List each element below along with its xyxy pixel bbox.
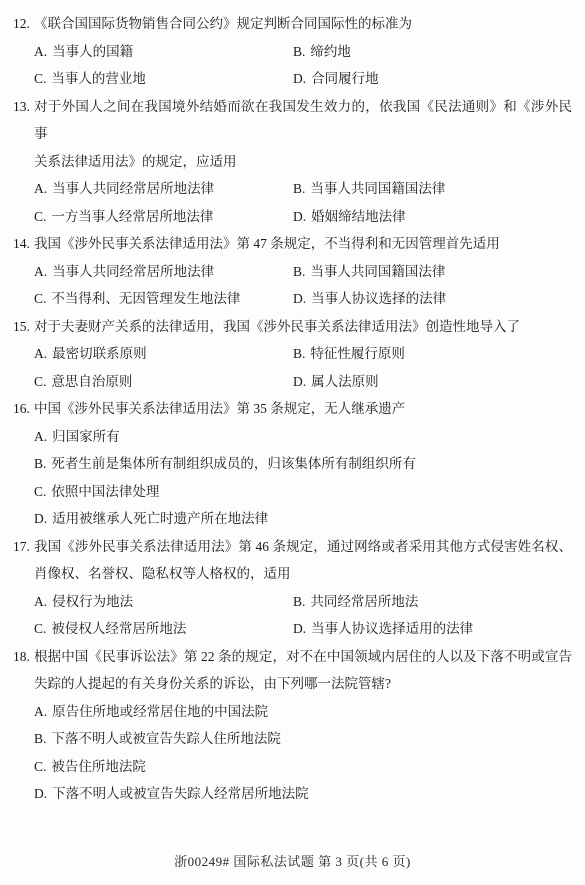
- option-label: C.: [34, 71, 46, 86]
- option-label: B.: [34, 731, 46, 746]
- option-label: A.: [34, 181, 47, 196]
- option-text: 当事人共同国籍国法律: [310, 264, 445, 279]
- question-number: 12.: [13, 10, 30, 38]
- option-label: A.: [34, 429, 47, 444]
- page-footer: 浙00249# 国际私法试题 第 3 页(共 6 页): [0, 851, 585, 870]
- option-label: D.: [293, 621, 306, 636]
- question-text: 根据中国《民事诉讼法》第 22 条的规定，对不在中国领域内居住的人以及下落不明或…: [34, 643, 572, 671]
- option-b: B.当事人共同国籍国法律: [293, 175, 572, 203]
- question-14: 14. 我国《涉外民事关系法律适用法》第 47 条规定，不当得利和无因管理首先适…: [13, 230, 572, 313]
- option-label: B.: [293, 264, 305, 279]
- option-a: A.侵权行为地法: [34, 588, 293, 616]
- option-a: A.归国家所有: [34, 423, 572, 451]
- option-text: 归国家所有: [52, 429, 120, 444]
- question-text: 《联合国国际货物销售合同公约》规定判断合同国际性的标准为: [34, 10, 572, 38]
- option-text: 依照中国法律处理: [51, 484, 159, 499]
- option-text: 当事人共同经常居所地法律: [52, 181, 214, 196]
- question-number: 18.: [13, 643, 30, 671]
- question-number: 15.: [13, 313, 30, 341]
- option-b: B.下落不明人或被宣告失踪人住所地法院: [34, 725, 572, 753]
- option-text: 当事人协议选择适用的法律: [311, 621, 473, 636]
- option-text: 共同经常居所地法: [310, 594, 418, 609]
- option-text: 特征性履行原则: [310, 346, 405, 361]
- option-c: C.一方当事人经常居所地法律: [34, 203, 293, 231]
- question-text: 我国《涉外民事关系法律适用法》第 47 条规定，不当得利和无因管理首先适用: [34, 230, 572, 258]
- question-12: 12. 《联合国国际货物销售合同公约》规定判断合同国际性的标准为 A.当事人的国…: [13, 10, 572, 93]
- options: A.当事人的国籍 B.缔约地 C.当事人的营业地 D.合同履行地: [34, 38, 572, 93]
- option-label: B.: [34, 456, 46, 471]
- option-text: 一方当事人经常居所地法律: [51, 209, 213, 224]
- option-label: B.: [293, 181, 305, 196]
- option-label: A.: [34, 44, 47, 59]
- option-text: 下落不明人或被宣告失踪人住所地法院: [51, 731, 281, 746]
- option-b: B.当事人共同国籍国法律: [293, 258, 572, 286]
- option-text: 当事人共同国籍国法律: [310, 181, 445, 196]
- option-label: C.: [34, 374, 46, 389]
- option-c: C.被告住所地法院: [34, 753, 572, 781]
- option-text: 不当得利、无因管理发生地法律: [51, 291, 240, 306]
- options: A.归国家所有 B.死者生前是集体所有制组织成员的，归该集体所有制组织所有 C.…: [34, 423, 572, 533]
- option-a: A.最密切联系原则: [34, 340, 293, 368]
- option-c: C.意思自治原则: [34, 368, 293, 396]
- option-c: C.被侵权人经常居所地法: [34, 615, 293, 643]
- exam-page: 12. 《联合国国际货物销售合同公约》规定判断合同国际性的标准为 A.当事人的国…: [0, 0, 585, 885]
- option-text: 合同履行地: [311, 71, 379, 86]
- option-b: B.死者生前是集体所有制组织成员的，归该集体所有制组织所有: [34, 450, 572, 478]
- question-text: 我国《涉外民事关系法律适用法》第 46 条规定，通过网络或者采用其他方式侵害姓名…: [34, 533, 572, 561]
- option-a: A.当事人共同经常居所地法律: [34, 175, 293, 203]
- option-text: 属人法原则: [311, 374, 379, 389]
- question-text: 中国《涉外民事关系法律适用法》第 35 条规定，无人继承遗产: [34, 395, 572, 423]
- option-a: A.当事人共同经常居所地法律: [34, 258, 293, 286]
- option-a: A.当事人的国籍: [34, 38, 293, 66]
- option-b: B.共同经常居所地法: [293, 588, 572, 616]
- option-label: C.: [34, 759, 46, 774]
- option-label: D.: [293, 374, 306, 389]
- option-text: 被侵权人经常居所地法: [51, 621, 186, 636]
- option-label: A.: [34, 704, 47, 719]
- option-text: 原告住所地或经常居住地的中国法院: [52, 704, 268, 719]
- option-label: C.: [34, 209, 46, 224]
- option-text: 当事人的国籍: [52, 44, 133, 59]
- options: A.侵权行为地法 B.共同经常居所地法 C.被侵权人经常居所地法 D.当事人协议…: [34, 588, 572, 643]
- option-c: C.依照中国法律处理: [34, 478, 572, 506]
- option-b: B.特征性履行原则: [293, 340, 572, 368]
- option-label: D.: [34, 786, 47, 801]
- option-d: D.当事人协议选择适用的法律: [293, 615, 572, 643]
- option-label: D.: [293, 291, 306, 306]
- option-c: C.不当得利、无因管理发生地法律: [34, 285, 293, 313]
- question-text: 失踪的人提起的有关身份关系的诉讼，由下列哪一法院管辖?: [34, 670, 572, 698]
- option-label: C.: [34, 484, 46, 499]
- option-label: D.: [34, 511, 47, 526]
- option-label: B.: [293, 594, 305, 609]
- options: A.当事人共同经常居所地法律 B.当事人共同国籍国法律 C.一方当事人经常居所地…: [34, 175, 572, 230]
- option-text: 侵权行为地法: [52, 594, 133, 609]
- option-b: B.缔约地: [293, 38, 572, 66]
- option-text: 适用被继承人死亡时遗产所在地法律: [52, 511, 268, 526]
- question-text: 肖像权、名誉权、隐私权等人格权的，适用: [34, 560, 572, 588]
- question-text: 对于外国人之间在我国境外结婚而欲在我国发生效力的，依我国《民法通则》和《涉外民事: [34, 93, 572, 148]
- question-number: 13.: [13, 93, 30, 121]
- option-d: D.婚姻缔结地法律: [293, 203, 572, 231]
- option-d: D.当事人协议选择的法律: [293, 285, 572, 313]
- option-d: D.下落不明人或被宣告失踪人经常居所地法院: [34, 780, 572, 808]
- option-d: D.适用被继承人死亡时遗产所在地法律: [34, 505, 572, 533]
- option-a: A.原告住所地或经常居住地的中国法院: [34, 698, 572, 726]
- option-label: C.: [34, 621, 46, 636]
- option-c: C.当事人的营业地: [34, 65, 293, 93]
- option-d: D.属人法原则: [293, 368, 572, 396]
- question-16: 16. 中国《涉外民事关系法律适用法》第 35 条规定，无人继承遗产 A.归国家…: [13, 395, 572, 533]
- question-17: 17. 我国《涉外民事关系法律适用法》第 46 条规定，通过网络或者采用其他方式…: [13, 533, 572, 643]
- option-text: 婚姻缔结地法律: [311, 209, 406, 224]
- option-label: B.: [293, 346, 305, 361]
- option-label: B.: [293, 44, 305, 59]
- options: A.最密切联系原则 B.特征性履行原则 C.意思自治原则 D.属人法原则: [34, 340, 572, 395]
- option-label: A.: [34, 264, 47, 279]
- options: A.原告住所地或经常居住地的中国法院 B.下落不明人或被宣告失踪人住所地法院 C…: [34, 698, 572, 808]
- question-text: 关系法律适用法》的规定，应适用: [34, 148, 572, 176]
- question-18: 18. 根据中国《民事诉讼法》第 22 条的规定，对不在中国领域内居住的人以及下…: [13, 643, 572, 808]
- option-text: 最密切联系原则: [52, 346, 147, 361]
- option-label: A.: [34, 346, 47, 361]
- question-number: 16.: [13, 395, 30, 423]
- option-text: 缔约地: [310, 44, 351, 59]
- option-label: C.: [34, 291, 46, 306]
- option-text: 当事人共同经常居所地法律: [52, 264, 214, 279]
- option-text: 意思自治原则: [51, 374, 132, 389]
- option-label: D.: [293, 209, 306, 224]
- question-number: 17.: [13, 533, 30, 561]
- option-text: 被告住所地法院: [51, 759, 146, 774]
- option-label: A.: [34, 594, 47, 609]
- option-text: 当事人的营业地: [51, 71, 146, 86]
- option-label: D.: [293, 71, 306, 86]
- options: A.当事人共同经常居所地法律 B.当事人共同国籍国法律 C.不当得利、无因管理发…: [34, 258, 572, 313]
- question-13: 13. 对于外国人之间在我国境外结婚而欲在我国发生效力的，依我国《民法通则》和《…: [13, 93, 572, 231]
- option-text: 下落不明人或被宣告失踪人经常居所地法院: [52, 786, 309, 801]
- option-d: D.合同履行地: [293, 65, 572, 93]
- option-text: 死者生前是集体所有制组织成员的，归该集体所有制组织所有: [51, 456, 416, 471]
- option-text: 当事人协议选择的法律: [311, 291, 446, 306]
- question-number: 14.: [13, 230, 30, 258]
- question-text: 对于夫妻财产关系的法律适用，我国《涉外民事关系法律适用法》创造性地导入了: [34, 313, 572, 341]
- question-15: 15. 对于夫妻财产关系的法律适用，我国《涉外民事关系法律适用法》创造性地导入了…: [13, 313, 572, 396]
